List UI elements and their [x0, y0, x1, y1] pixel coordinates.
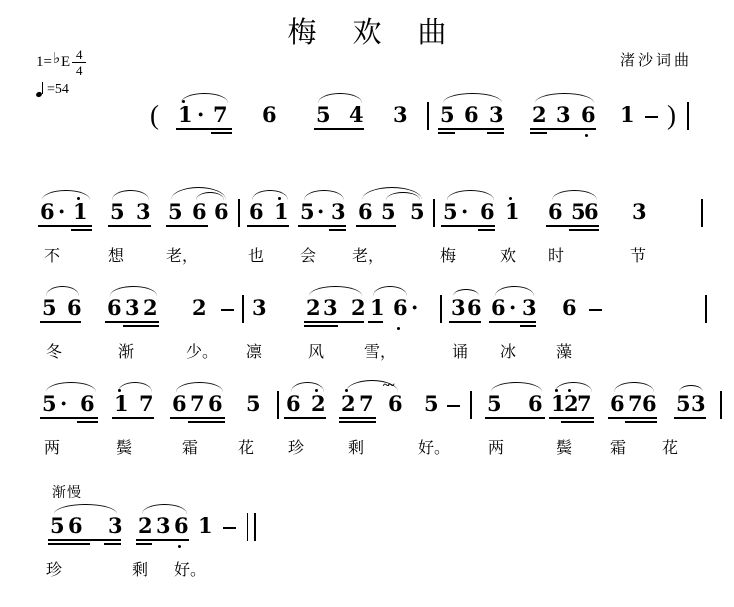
beam-line	[284, 417, 326, 419]
slur-arc	[252, 190, 288, 200]
note: 5	[440, 104, 455, 126]
extension-dash	[645, 116, 658, 118]
lyric-syllable: 好。	[174, 557, 206, 580]
extension-dash	[447, 405, 460, 407]
note: 6	[491, 297, 506, 319]
key-prefix: 1=	[36, 54, 52, 71]
beam-line	[449, 321, 481, 323]
barline	[705, 295, 707, 323]
slur-arc	[453, 289, 479, 296]
extension-dash	[221, 309, 234, 311]
lyric-syllable: 欢	[500, 243, 516, 266]
slur-arc	[54, 504, 117, 514]
parenthesis: )	[667, 100, 676, 131]
lyric-syllable: 珍	[46, 557, 62, 580]
beam-line	[478, 229, 495, 231]
note: 5	[316, 104, 331, 126]
slur-arc	[552, 190, 597, 200]
lyric-syllable: 凛	[246, 339, 262, 362]
note: 5	[110, 201, 125, 223]
lyric-syllable: 鬓	[556, 435, 572, 458]
beam-line	[674, 417, 706, 419]
note: 6	[214, 201, 229, 223]
note: 2	[341, 393, 356, 415]
beam-line	[136, 539, 189, 541]
barline	[433, 199, 435, 227]
beam-line	[339, 417, 376, 419]
lyric-syllable: 两	[44, 435, 60, 458]
note: 2	[532, 104, 547, 126]
key-tempo-block: 1=♭E 4 4 =54	[36, 46, 86, 98]
barline	[242, 295, 244, 323]
note: 6	[262, 104, 277, 126]
lyric-syllable: 剩	[132, 557, 148, 580]
note: 6	[249, 201, 264, 223]
slur-arc	[491, 382, 542, 392]
beam-line	[170, 417, 225, 419]
note: 2	[306, 297, 321, 319]
lyric-syllable: 节	[630, 243, 646, 266]
final-barline	[247, 513, 256, 541]
beam-line	[304, 321, 364, 323]
lyric-syllable: 老，	[352, 243, 384, 266]
note: 5	[443, 201, 458, 223]
note: 5	[300, 201, 315, 223]
note: 5	[42, 297, 57, 319]
beam-line	[136, 543, 152, 545]
note: 3	[331, 201, 346, 223]
beam-line	[166, 225, 208, 227]
lyric-syllable: 珍	[288, 435, 304, 458]
duration-dot: ·	[197, 104, 204, 126]
beam-line	[38, 225, 92, 227]
note: 5	[168, 201, 183, 223]
tempo-marking: =54	[36, 82, 86, 98]
slur-arc	[46, 286, 79, 296]
note: 5	[424, 393, 439, 415]
slur-arc	[555, 382, 592, 392]
time-signature: 4 4	[72, 48, 86, 77]
lyric-syllable: 也	[248, 243, 264, 266]
lyric-syllable: 诵	[452, 339, 468, 362]
note: 1	[73, 201, 88, 223]
beam-line	[105, 321, 159, 323]
barline	[277, 391, 279, 419]
slur-arc	[42, 190, 90, 200]
slur-arc	[304, 190, 344, 200]
note: 2	[138, 515, 153, 537]
beam-line	[247, 225, 289, 227]
lyric-syllable: 好。	[418, 435, 450, 458]
lyric-syllable: 雪，	[364, 339, 396, 362]
note: 5	[410, 201, 425, 223]
lyric-syllable: 想	[108, 243, 124, 266]
note: 6	[208, 393, 223, 415]
lyric-syllable: 藻	[556, 339, 572, 362]
note: 6	[562, 297, 577, 319]
note: 6	[107, 297, 122, 319]
lyric-syllable: 剩	[348, 435, 364, 458]
note: 3	[489, 104, 504, 126]
note: 6	[393, 297, 408, 319]
extension-dash	[589, 309, 602, 311]
beam-line	[530, 128, 596, 130]
note: 3	[252, 297, 267, 319]
slur-arc	[443, 93, 502, 103]
slur-arc	[309, 286, 362, 296]
slur-arc	[447, 190, 494, 200]
barline	[470, 391, 472, 419]
note: 6	[68, 515, 83, 537]
beam-line	[108, 225, 151, 227]
lyric-syllable: 冰	[500, 339, 516, 362]
note: 5	[381, 201, 396, 223]
slur-arc	[110, 286, 157, 296]
note: 7	[577, 393, 592, 415]
beam-line	[77, 421, 98, 423]
note: 5	[246, 393, 261, 415]
beam-line	[441, 225, 495, 227]
lyric-syllable: 风	[308, 339, 324, 362]
slur-arc	[142, 504, 187, 514]
note: 2	[192, 297, 207, 319]
note: 5	[676, 393, 691, 415]
note: 6	[358, 201, 373, 223]
note: 3	[393, 104, 408, 126]
beam-line	[40, 417, 98, 419]
note: 3	[632, 201, 647, 223]
note: 3	[108, 515, 123, 537]
note: 3	[691, 393, 706, 415]
slur-arc	[176, 382, 223, 392]
slur-arc	[495, 286, 534, 296]
flat-icon: ♭	[53, 49, 60, 67]
beam-line	[561, 421, 594, 423]
note: 6	[286, 393, 301, 415]
note: 6	[67, 297, 82, 319]
duration-dot: ·	[509, 297, 516, 319]
meter-top: 4	[76, 48, 83, 61]
beam-line	[71, 229, 92, 231]
slur-arc	[318, 93, 362, 103]
lyric-syllable: 花	[238, 435, 254, 458]
beam-line	[339, 421, 376, 423]
note: 6	[480, 201, 495, 223]
beam-line	[569, 229, 599, 231]
note: 6	[548, 201, 563, 223]
beam-line	[530, 132, 547, 134]
note: 2	[143, 297, 158, 319]
lyric-syllable: 花	[662, 435, 678, 458]
note: 1	[114, 393, 129, 415]
barline	[720, 391, 722, 419]
meter-bottom: 4	[76, 64, 83, 77]
lyric-syllable: 霜	[182, 435, 198, 458]
beam-line	[438, 128, 504, 130]
parenthesis: (	[150, 100, 159, 131]
beam-line	[211, 132, 232, 134]
note: 6	[528, 393, 543, 415]
slur-arc	[291, 382, 324, 392]
duration-dot: ·	[317, 201, 324, 223]
beam-line	[298, 225, 346, 227]
barline	[440, 295, 442, 323]
note: 1	[620, 104, 635, 126]
beam-line	[549, 417, 594, 419]
note: 7	[359, 393, 374, 415]
beam-line	[48, 539, 121, 541]
slur-arc	[614, 382, 654, 392]
slur-arc	[679, 385, 703, 392]
note: 1	[274, 201, 289, 223]
note: 4	[349, 104, 364, 126]
beam-line	[356, 225, 396, 227]
key-tonic: E	[61, 54, 70, 71]
beam-line	[520, 325, 536, 327]
beam-line	[40, 321, 81, 323]
lyric-syllable: 老，	[166, 243, 198, 266]
beam-line	[123, 325, 159, 327]
note: 6	[610, 393, 625, 415]
quarter-note-icon	[36, 82, 45, 97]
note: 6	[192, 201, 207, 223]
barline	[701, 199, 703, 227]
note: 1	[505, 201, 520, 223]
note: 7	[139, 393, 154, 415]
octave-dot-below	[585, 134, 588, 137]
slur-arc	[46, 382, 96, 392]
note: 6	[581, 104, 596, 126]
note: 1	[178, 104, 193, 126]
note: 3	[125, 297, 140, 319]
note: 1	[370, 297, 385, 319]
slur-arc	[373, 286, 407, 296]
note: 3	[451, 297, 466, 319]
lyric-syllable: 不	[44, 243, 60, 266]
note: 3	[136, 201, 151, 223]
composer-credit: 渚沙词曲	[620, 49, 692, 70]
duration-dot: ·	[60, 393, 67, 415]
slur-arc	[535, 93, 594, 103]
note: 6	[464, 104, 479, 126]
beam-line	[546, 225, 599, 227]
key-signature: 1=♭E 4 4	[36, 46, 86, 78]
note-stem	[42, 82, 44, 94]
note: 5	[50, 515, 65, 537]
note: 3	[556, 104, 571, 126]
duration-dot: ·	[411, 297, 418, 319]
lyric-syllable: 时	[548, 243, 564, 266]
extension-dash	[223, 527, 236, 529]
beam-line	[304, 325, 338, 327]
lyric-syllable: 冬	[46, 339, 62, 362]
beam-line	[485, 417, 545, 419]
barline	[238, 199, 240, 227]
octave-dot-below	[397, 327, 400, 330]
note: 6	[174, 515, 189, 537]
note: 6	[80, 393, 95, 415]
slur-arc	[181, 93, 228, 103]
song-title: 梅欢曲	[0, 10, 734, 51]
note: 6	[388, 393, 403, 415]
note: 6	[642, 393, 657, 415]
duration-dot: ·	[461, 201, 468, 223]
beam-line	[314, 128, 364, 130]
lyric-syllable: 渐	[118, 339, 134, 362]
note: 5	[487, 393, 502, 415]
note: 3	[156, 515, 171, 537]
barline	[687, 102, 689, 130]
sheet-music-page: 梅欢曲 渚沙词曲 1=♭E 4 4 =54 (1·765435632361)6·…	[0, 0, 734, 607]
beam-line	[176, 128, 232, 130]
lyric-syllable: 两	[488, 435, 504, 458]
beam-line	[368, 321, 383, 323]
note: 2	[311, 393, 326, 415]
beam-line	[625, 421, 657, 423]
lyric-syllable: 少。	[186, 339, 218, 362]
tempo-change-label: 渐慢	[52, 482, 82, 502]
beam-line	[104, 543, 121, 545]
slur-arc	[118, 382, 152, 392]
lyric-syllable: 会	[300, 243, 316, 266]
note: 6	[172, 393, 187, 415]
note: 2	[351, 297, 366, 319]
note: 7	[628, 393, 643, 415]
duration-dot: ·	[58, 201, 65, 223]
beam-line	[329, 229, 346, 231]
note: 7	[213, 104, 228, 126]
slur-arc	[112, 190, 149, 200]
beam-line	[608, 417, 657, 419]
note: 6	[584, 201, 599, 223]
beam-line	[112, 417, 154, 419]
note: 6	[467, 297, 482, 319]
beam-line	[188, 421, 225, 423]
note: 7	[190, 393, 205, 415]
note: 5	[42, 393, 57, 415]
tempo-value: =54	[47, 82, 69, 98]
note: 3	[522, 297, 537, 319]
octave-dot-below	[178, 545, 181, 548]
note: 3	[323, 297, 338, 319]
lyric-syllable: 鬓	[116, 435, 132, 458]
note: 1	[198, 515, 213, 537]
beam-line	[489, 321, 536, 323]
beam-line	[438, 132, 455, 134]
beam-line	[48, 543, 90, 545]
barline	[427, 102, 429, 130]
lyric-syllable: 梅	[440, 243, 456, 266]
beam-line	[487, 132, 504, 134]
note: 6	[40, 201, 55, 223]
lyric-syllable: 霜	[610, 435, 626, 458]
